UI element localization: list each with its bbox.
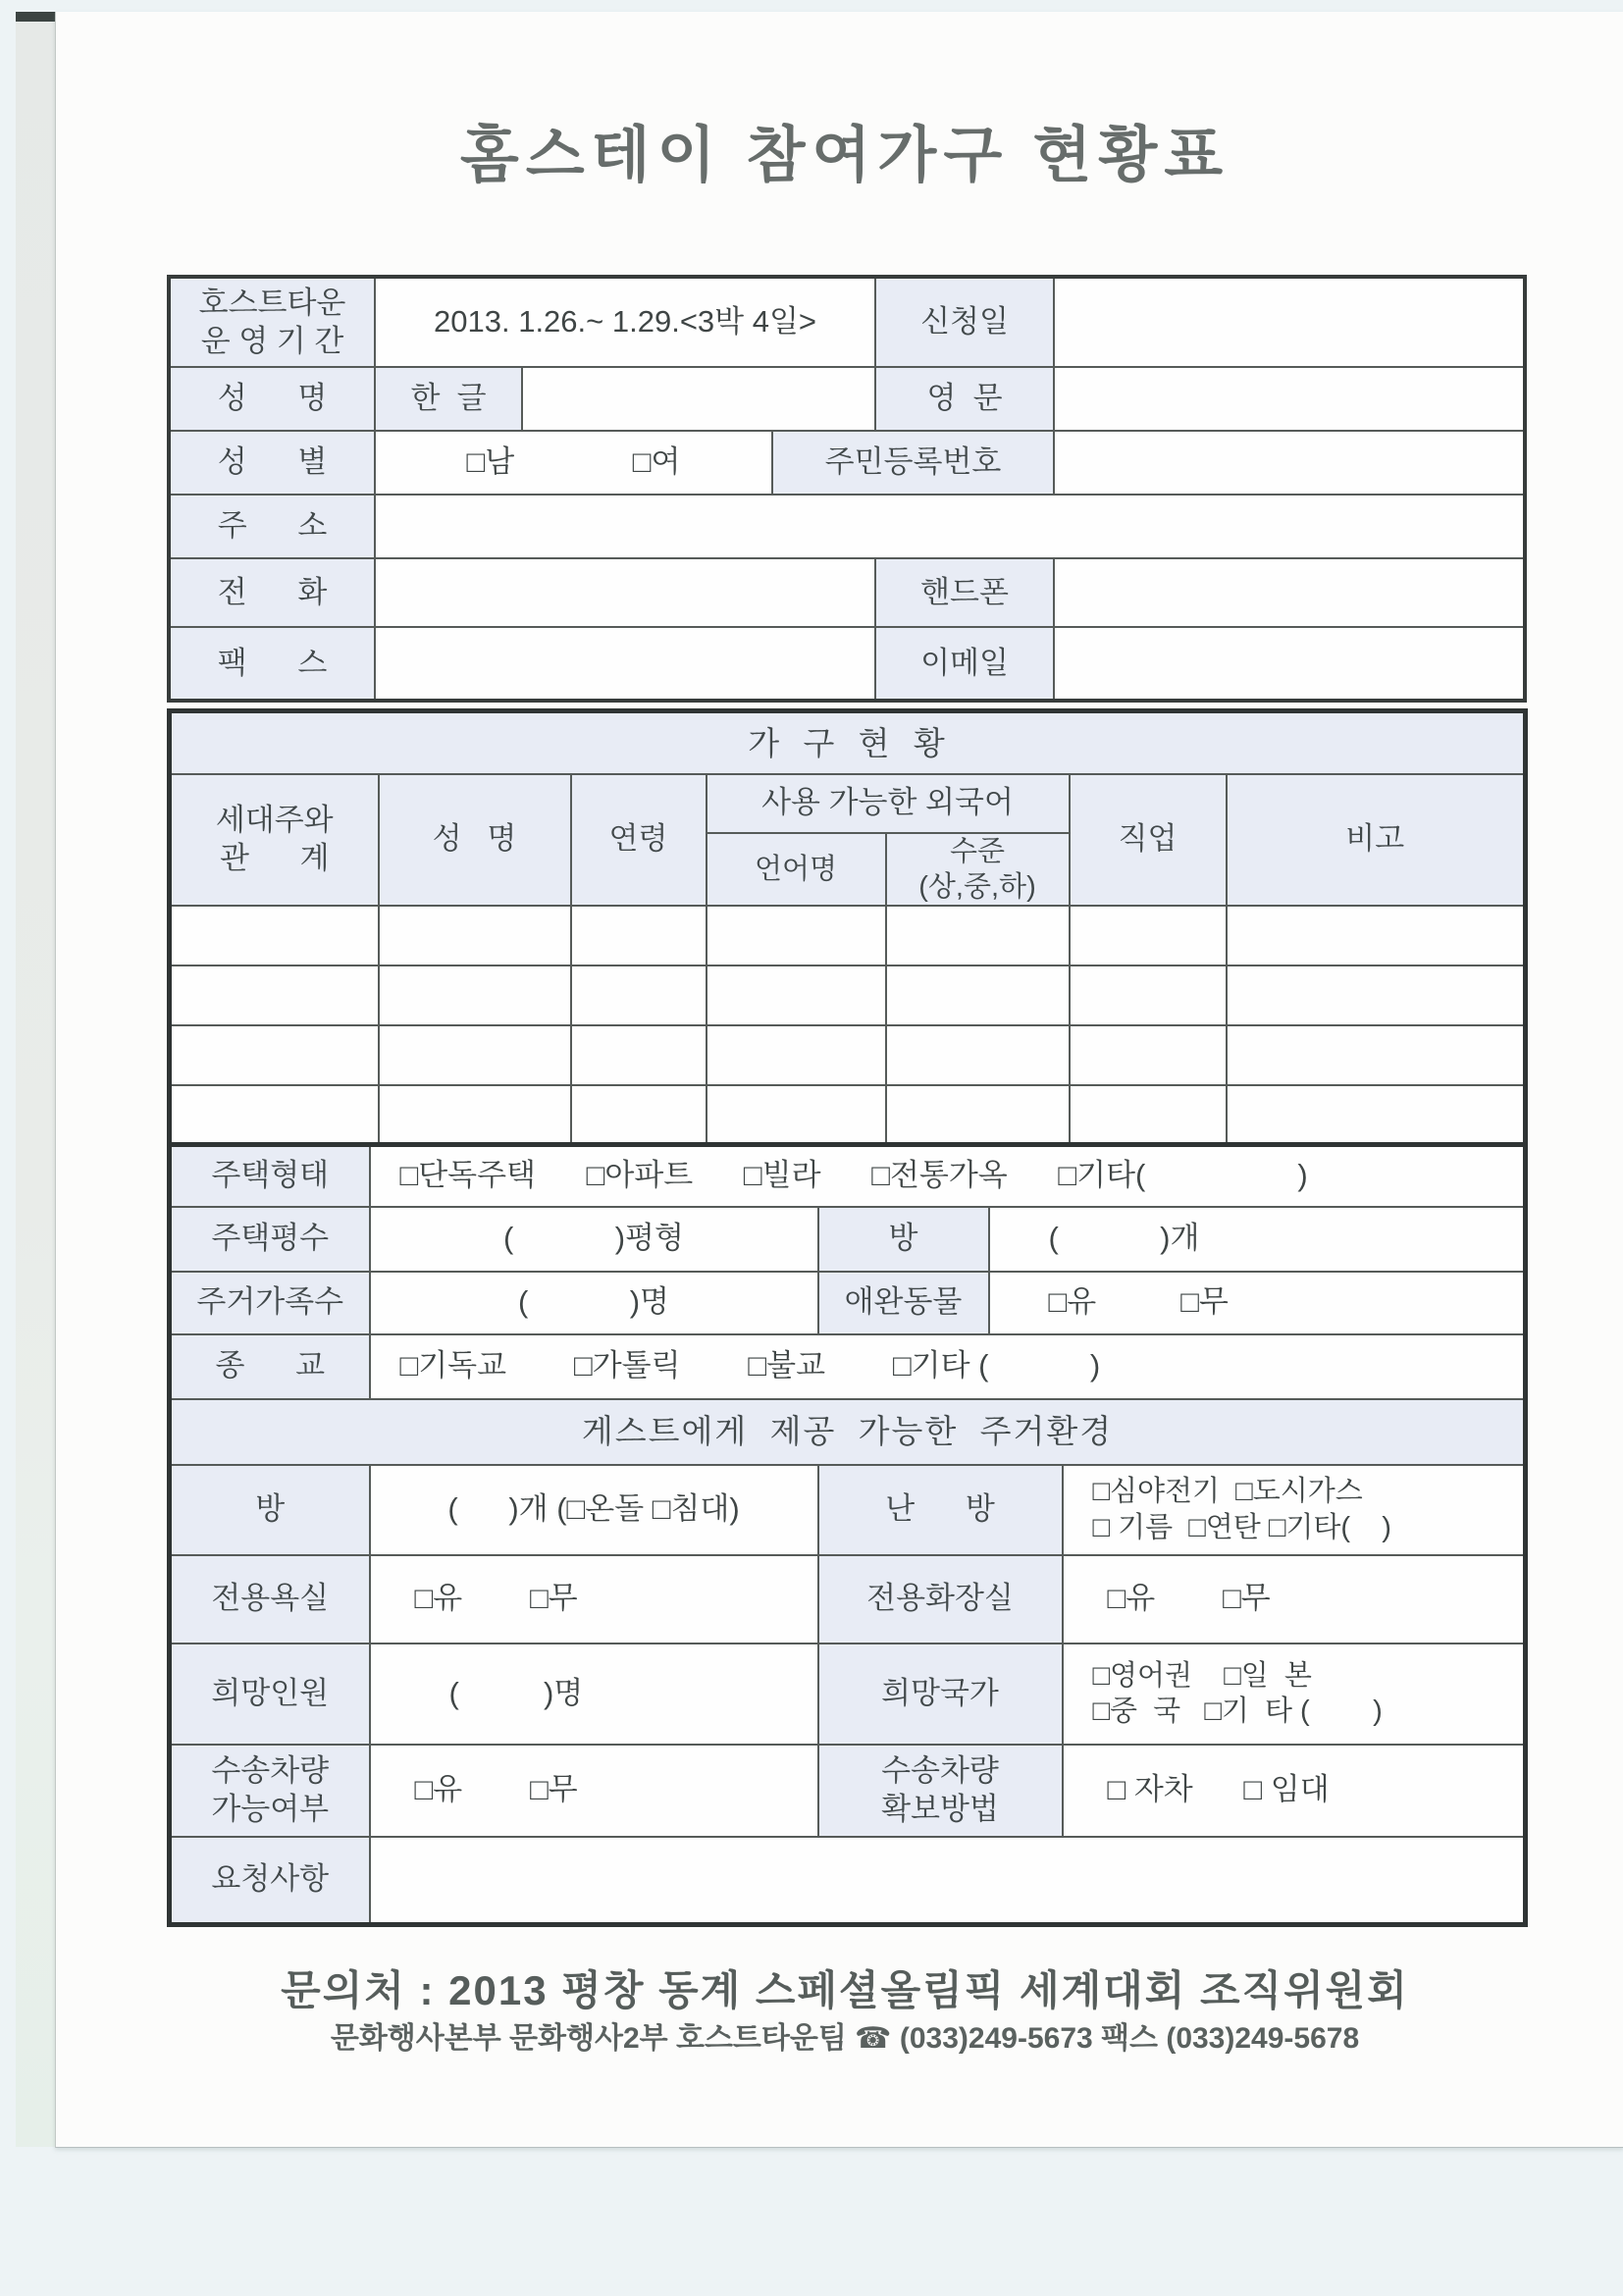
- house-type-checkbox-options: □단독주택 □아파트 □빌라 □전통가옥 □기타( ): [370, 1145, 1526, 1207]
- name-english-input-cell: [1054, 367, 1525, 431]
- phone-label: 전 화: [169, 558, 375, 627]
- private-toilet-label: 전용화장실: [818, 1555, 1063, 1644]
- desired-guest-count-label: 희망인원: [170, 1644, 370, 1745]
- empty-cell: [1070, 906, 1227, 965]
- heating-label: 난 방: [818, 1465, 1063, 1555]
- empty-cell: [379, 965, 571, 1025]
- address-input-cell: [375, 495, 1525, 558]
- col-header-note: 비고: [1227, 774, 1526, 907]
- special-request-input-cell: [370, 1837, 1526, 1925]
- table-row: 팩 스 이메일: [169, 627, 1525, 701]
- table-row: 전 화 핸드폰: [169, 558, 1525, 627]
- table-row: 호스트타운 운 영 기 간 2013. 1.26.~ 1.29.<3박 4일> …: [169, 277, 1525, 367]
- empty-cell: [886, 906, 1070, 965]
- private-bath-label: 전용욕실: [170, 1555, 370, 1644]
- table-row: 성 명 한 글 영 문: [169, 367, 1525, 431]
- table-row: 희망인원 ( )명 희망국가 □영어권 □일 본 □중 국 □기 타 ( ): [170, 1644, 1526, 1745]
- scanner-edge-strip: [16, 12, 56, 2147]
- gender-checkbox-options: □남 □여: [375, 431, 772, 495]
- guest-room-value: ( )개 (□온돌 □침대): [370, 1465, 818, 1555]
- table-row: 전용욕실 □유 □무 전용화장실 □유 □무: [170, 1555, 1526, 1644]
- empty-cell: [1227, 906, 1526, 965]
- col-header-job: 직업: [1070, 774, 1227, 907]
- house-size-label: 주택평수: [170, 1207, 370, 1272]
- empty-cell: [707, 965, 886, 1025]
- table-row: 방 ( )개 (□온돌 □침대) 난 방 □심야전기 □도시가스 □ 기름 □연…: [170, 1465, 1526, 1555]
- household-empty-row: [170, 1025, 1526, 1085]
- table-row: 주택평수 ( )평형 방 ( )개: [170, 1207, 1526, 1272]
- empty-cell: [571, 906, 707, 965]
- name-english-label: 영 문: [875, 367, 1054, 431]
- religion-label: 종 교: [170, 1334, 370, 1399]
- table-row: 요청사항: [170, 1837, 1526, 1925]
- gender-label: 성 별: [169, 431, 375, 495]
- col-header-language-name: 언어명: [707, 833, 886, 907]
- empty-cell: [886, 1025, 1070, 1085]
- empty-cell: [170, 965, 379, 1025]
- table-row: 종 교 □기독교 □가톨릭 □불교 □기타 ( ): [170, 1334, 1526, 1399]
- guest-room-label: 방: [170, 1465, 370, 1555]
- pet-checkbox-options: □유 □무: [989, 1272, 1526, 1334]
- col-header-language-group: 사용 가능한 외국어: [707, 774, 1070, 833]
- mobile-input-cell: [1054, 558, 1525, 627]
- private-toilet-checkbox-options: □유 □무: [1063, 1555, 1526, 1644]
- family-count-value: ( )명: [370, 1272, 818, 1334]
- resident-number-input-cell: [1054, 431, 1525, 495]
- email-input-cell: [1054, 627, 1525, 701]
- room-count-label: 방: [818, 1207, 989, 1272]
- empty-cell: [1070, 965, 1227, 1025]
- transport-method-checkbox-options: □ 자차 □ 임대: [1063, 1745, 1526, 1837]
- table-row: 게스트에게 제공 가능한 주거환경: [170, 1399, 1526, 1465]
- household-section-title: 가 구 현 황: [170, 711, 1526, 774]
- empty-cell: [707, 1085, 886, 1145]
- empty-cell: [1227, 965, 1526, 1025]
- room-count-value: ( )개: [989, 1207, 1526, 1272]
- email-label: 이메일: [875, 627, 1054, 701]
- scanner-edge-cap: [16, 12, 57, 22]
- empty-cell: [1227, 1025, 1526, 1085]
- transport-availability-label: 수송차량 가능여부: [170, 1745, 370, 1837]
- guest-environment-section-title: 게스트에게 제공 가능한 주거환경: [170, 1399, 1526, 1465]
- empty-cell: [571, 1025, 707, 1085]
- housing-info-table: 주택형태 □단독주택 □아파트 □빌라 □전통가옥 □기타( ) 주택평수 ( …: [167, 1142, 1528, 1927]
- empty-cell: [886, 1085, 1070, 1145]
- fax-input-cell: [375, 627, 875, 701]
- table-row: 수송차량 가능여부 □유 □무 수송차량 확보방법 □ 자차 □ 임대: [170, 1745, 1526, 1837]
- desired-guest-count-value: ( )명: [370, 1644, 818, 1745]
- empty-cell: [379, 1085, 571, 1145]
- table-row: 주거가족수 ( )명 애완동물 □유 □무: [170, 1272, 1526, 1334]
- empty-cell: [707, 906, 886, 965]
- phone-input-cell: [375, 558, 875, 627]
- name-label: 성 명: [169, 367, 375, 431]
- page-title: 홈스테이 참여가구 현황표: [167, 106, 1523, 193]
- transport-method-label: 수송차량 확보방법: [818, 1745, 1063, 1837]
- empty-cell: [707, 1025, 886, 1085]
- empty-cell: [379, 906, 571, 965]
- host-town-period-label: 호스트타운 운 영 기 간: [169, 277, 375, 367]
- table-row: 성 별 □남 □여 주민등록번호: [169, 431, 1525, 495]
- empty-cell: [886, 965, 1070, 1025]
- house-size-value: ( )평형: [370, 1207, 818, 1272]
- table-row: 세대주와 관 계 성 명 연령 사용 가능한 외국어 직업 비고: [170, 774, 1526, 833]
- desired-country-label: 희망국가: [818, 1644, 1063, 1745]
- empty-cell: [170, 1025, 379, 1085]
- empty-cell: [170, 1085, 379, 1145]
- address-label: 주 소: [169, 495, 375, 558]
- table-row: 주 소: [169, 495, 1525, 558]
- empty-cell: [1070, 1025, 1227, 1085]
- family-count-label: 주거가족수: [170, 1272, 370, 1334]
- empty-cell: [1227, 1085, 1526, 1145]
- empty-cell: [1070, 1085, 1227, 1145]
- col-header-relation: 세대주와 관 계: [170, 774, 379, 907]
- household-empty-row: [170, 906, 1526, 965]
- empty-cell: [571, 1085, 707, 1145]
- fax-label: 팩 스: [169, 627, 375, 701]
- empty-cell: [571, 965, 707, 1025]
- apply-date-label: 신청일: [875, 277, 1054, 367]
- pet-label: 애완동물: [818, 1272, 989, 1334]
- scanned-document: 홈스테이 참여가구 현황표 호스트타운 운 영 기 간 2013. 1.26.~…: [0, 0, 1623, 2296]
- mobile-label: 핸드폰: [875, 558, 1054, 627]
- empty-cell: [379, 1025, 571, 1085]
- religion-checkbox-options: □기독교 □가톨릭 □불교 □기타 ( ): [370, 1334, 1526, 1399]
- host-town-period-value: 2013. 1.26.~ 1.29.<3박 4일>: [375, 277, 875, 367]
- empty-cell: [170, 906, 379, 965]
- household-status-table: 가 구 현 황 세대주와 관 계 성 명 연령 사용 가능한 외국어 직업 비고…: [167, 708, 1528, 1148]
- col-header-age: 연령: [571, 774, 707, 907]
- resident-number-label: 주민등록번호: [772, 431, 1054, 495]
- applicant-info-table: 호스트타운 운 영 기 간 2013. 1.26.~ 1.29.<3박 4일> …: [167, 275, 1527, 703]
- house-type-label: 주택형태: [170, 1145, 370, 1207]
- heating-checkbox-options: □심야전기 □도시가스 □ 기름 □연탄 □기타( ): [1063, 1465, 1526, 1555]
- col-header-language-level: 수준 (상,중,하): [886, 833, 1070, 907]
- private-bath-checkbox-options: □유 □무: [370, 1555, 818, 1644]
- household-empty-row: [170, 1085, 1526, 1145]
- table-row: 가 구 현 황: [170, 711, 1526, 774]
- desired-country-checkbox-options: □영어권 □일 본 □중 국 □기 타 ( ): [1063, 1644, 1526, 1745]
- name-korean-label: 한 글: [375, 367, 522, 431]
- contact-dept-phone-line: 문화행사본부 문화행사2부 호스트타운팀 ☎ (033)249-5673 팩스 …: [167, 2013, 1523, 2057]
- household-empty-row: [170, 965, 1526, 1025]
- contact-org-line: 문의처 : 2013 평창 동계 스페셜올림픽 세계대회 조직위원회: [167, 1958, 1523, 2017]
- col-header-name: 성 명: [379, 774, 571, 907]
- table-row: 주택형태 □단독주택 □아파트 □빌라 □전통가옥 □기타( ): [170, 1145, 1526, 1207]
- name-korean-input-cell: [522, 367, 875, 431]
- special-request-label: 요청사항: [170, 1837, 370, 1925]
- apply-date-input-cell: [1054, 277, 1525, 367]
- transport-availability-checkbox-options: □유 □무: [370, 1745, 818, 1837]
